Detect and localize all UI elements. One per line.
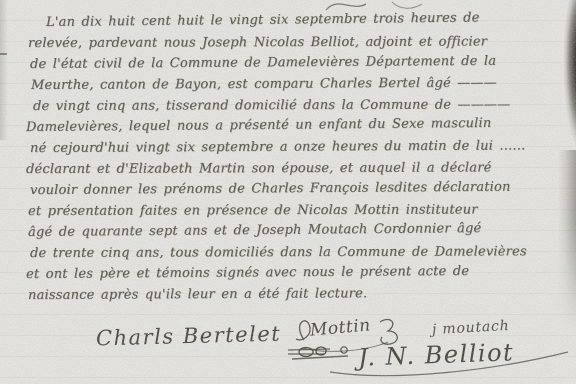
manuscript-line-9: vouloir donner les prénoms de Charles Fr…	[30, 176, 576, 201]
signature-charles-bertelet: Charls Bertelet	[96, 322, 282, 351]
binding-gutter-shadow-mid	[558, 150, 576, 330]
manuscript-scan-page: L'an dix huit cent huit le vingt six sep…	[0, 0, 576, 384]
manuscript-line-1: L'an dix huit cent huit le vingt six sep…	[46, 6, 576, 33]
manuscript-line-13: et ont les père et témoins signés avec n…	[26, 260, 576, 285]
manuscript-line-6: Damelevières, lequel nous a présenté un …	[26, 112, 576, 138]
manuscript-line-14: naissance après qu'ils leur en a été fai…	[28, 282, 576, 306]
manuscript-line-4: Meurthe, canton de Bayon, est comparu Ch…	[31, 72, 576, 96]
manuscript-line-3: de l'état civil de la Commune de Damelev…	[30, 50, 576, 75]
page-left-edge-shading	[0, 0, 8, 140]
manuscript-line-11: âgé de quarante sept ans et de Joseph Mo…	[28, 217, 576, 243]
margin-ink-speck	[0, 53, 7, 55]
manuscript-text-block: L'an dix huit cent huit le vingt six sep…	[0, 12, 576, 306]
signature-belliot: J. N. Belliot	[358, 338, 515, 371]
manuscript-line-7: né cejourd'hui vingt six septembre a onz…	[30, 135, 576, 159]
